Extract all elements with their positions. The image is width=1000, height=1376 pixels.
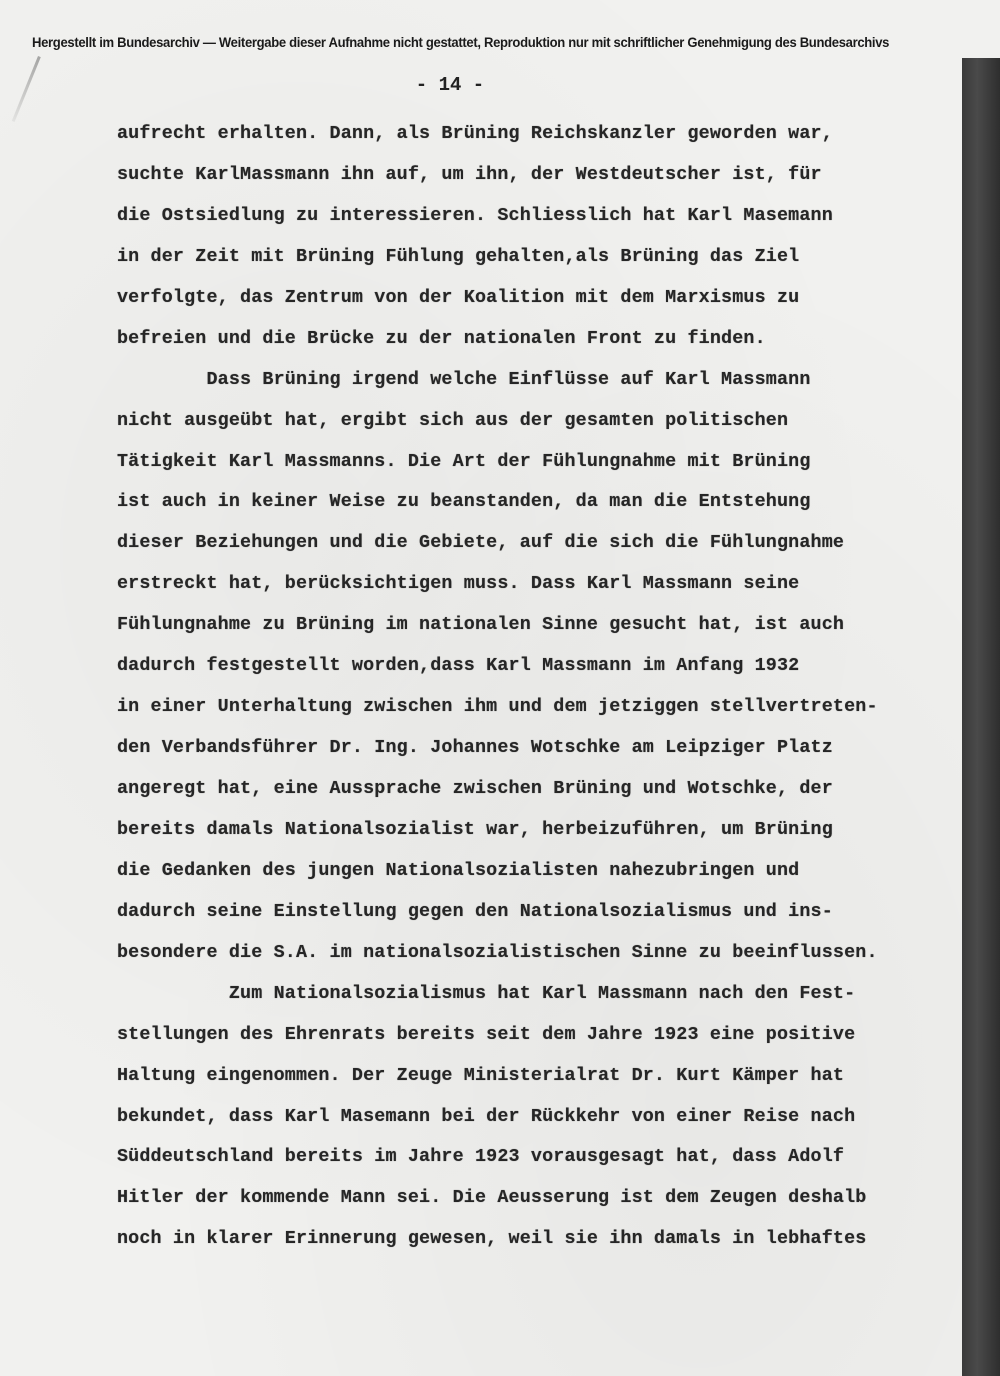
text-line: verfolgte, das Zentrum von der Koalition… — [117, 278, 967, 319]
text-line: Haltung eingenommen. Der Zeuge Ministeri… — [117, 1056, 967, 1097]
text-line: dieser Beziehungen und die Gebiete, auf … — [117, 523, 967, 564]
text-line: Tätigkeit Karl Massmanns. Die Art der Fü… — [117, 442, 967, 483]
text-line: angeregt hat, eine Aussprache zwischen B… — [117, 769, 967, 810]
text-line: dadurch festgestellt worden,dass Karl Ma… — [117, 646, 967, 687]
text-line: ist auch in keiner Weise zu beanstanden,… — [117, 482, 967, 523]
page-number: - 14 - — [0, 74, 900, 96]
text-line: besondere die S.A. im nationalsozialisti… — [117, 933, 967, 974]
text-line: die Gedanken des jungen Nationalsozialis… — [117, 851, 967, 892]
text-line: Dass Brüning irgend welche Einflüsse auf… — [117, 360, 967, 401]
text-line: bereits damals Nationalsozialist war, he… — [117, 810, 967, 851]
text-line: in der Zeit mit Brüning Fühlung gehalten… — [117, 237, 967, 278]
text-line: Fühlungnahme zu Brüning im nationalen Si… — [117, 605, 967, 646]
typewritten-body: aufrecht erhalten. Dann, als Brüning Rei… — [117, 114, 967, 1260]
text-line: Süddeutschland bereits im Jahre 1923 vor… — [117, 1137, 967, 1178]
text-line: suchte KarlMassmann ihn auf, um ihn, der… — [117, 155, 967, 196]
text-line: in einer Unterhaltung zwischen ihm und d… — [117, 687, 967, 728]
text-line: noch in klarer Erinnerung gewesen, weil … — [117, 1219, 967, 1260]
text-line: bekundet, dass Karl Masemann bei der Rüc… — [117, 1097, 967, 1138]
text-line: aufrecht erhalten. Dann, als Brüning Rei… — [117, 114, 967, 155]
text-line: Hitler der kommende Mann sei. Die Aeusse… — [117, 1178, 967, 1219]
text-line: den Verbandsführer Dr. Ing. Johannes Wot… — [117, 728, 967, 769]
scan-edge-shadow — [962, 58, 1000, 1376]
text-line: stellungen des Ehrenrats bereits seit de… — [117, 1015, 967, 1056]
document-page: Hergestellt im Bundesarchiv — Weitergabe… — [0, 0, 1000, 1376]
text-line: dadurch seine Einstellung gegen den Nati… — [117, 892, 967, 933]
text-line: erstreckt hat, berücksichtigen muss. Das… — [117, 564, 967, 605]
text-line: befreien und die Brücke zu der nationale… — [117, 319, 967, 360]
text-line: die Ostsiedlung zu interessieren. Schlie… — [117, 196, 967, 237]
text-line: Zum Nationalsozialismus hat Karl Massman… — [117, 974, 967, 1015]
text-line: nicht ausgeübt hat, ergibt sich aus der … — [117, 401, 967, 442]
archive-notice: Hergestellt im Bundesarchiv — Weitergabe… — [32, 35, 915, 51]
